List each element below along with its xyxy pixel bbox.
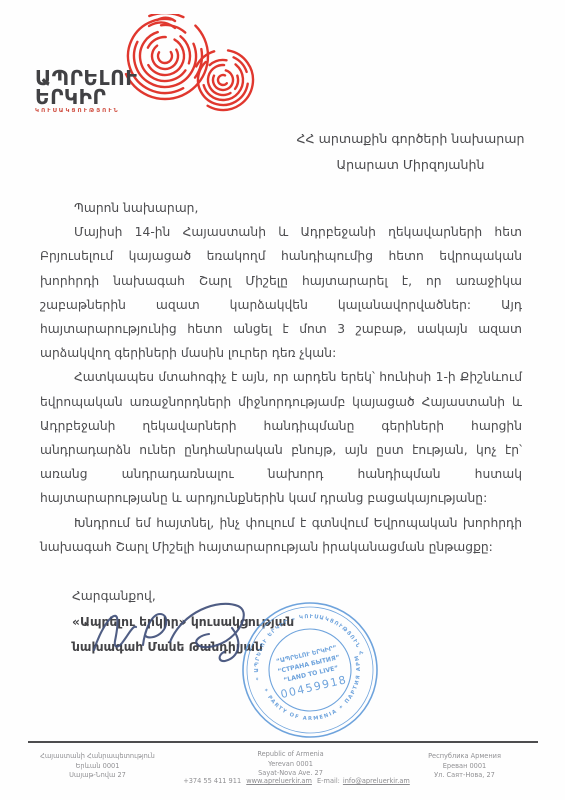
footer-am-line2: Երևան 0001 [30, 762, 165, 772]
official-stamp: « ԱՊՐԵԼՈՒ ԵՐԿԻՐ » ԿՈՒՍԱԿՑՈՒԹՅՈՒՆ ՀԱՅԱՍՏԱ… [236, 596, 384, 744]
footer-website-link[interactable]: www.apreluerkir.am [246, 777, 312, 785]
footer-address-english: Republic of Armenia Yerevan 0001 Sayat-N… [198, 750, 383, 779]
logo-tagline: ԿՈՒՍԱԿՑՈՒԹՅՈՒՆ [35, 109, 137, 115]
footer-phone: +374 55 411 911 [183, 777, 241, 785]
footer-divider [28, 741, 538, 743]
salutation: Պարոն նախարար, [40, 196, 522, 220]
body-paragraph-2: Հատկապես մտահոգիչ է այն, որ արդեն երեկ՝ … [40, 365, 522, 510]
logo-wordmark: ԱՊՐԵԼՈՒ ԵՐԿԻՐ ԿՈՒՍԱԿՑՈՒԹՅՈՒՆ [35, 68, 137, 115]
recipient-name: Արարատ Միրզոյանին [258, 152, 563, 178]
footer-address-armenian: Հայաստանի Հանրապետություն Երևան 0001 Սայ… [30, 752, 165, 781]
recipient-title: ՀՀ արտաքին գործերի նախարար [258, 126, 563, 152]
body-paragraph-1: Մայիսի 14-ին Հայաստանի և Ադրբեջանի ղեկավ… [40, 220, 522, 365]
footer-en-line1: Republic of Armenia [198, 750, 383, 760]
footer-en-line2: Yerevan 0001 [198, 760, 383, 770]
footer-email-link[interactable]: info@apreluerkir.am [343, 777, 410, 785]
body-paragraph-3: Խնդրում եմ հայտնել, ինչ փուլում է գտնվու… [40, 511, 522, 559]
letter-body: Պարոն նախարար, Մայիսի 14-ին Հայաստանի և … [40, 196, 522, 661]
logo-wordmark-line2: ԵՐԿԻՐ [35, 87, 137, 107]
footer-am-line3: Սայաթ-Նովա 27 [30, 771, 165, 781]
recipient-block: ՀՀ արտաքին գործերի նախարար Արարատ Միրզոյ… [258, 126, 563, 178]
footer-am-line1: Հայաստանի Հանրապետություն [30, 752, 165, 762]
footer-email-label: E-mail: [317, 777, 340, 785]
letterhead-logo: ԱՊՐԵԼՈՒ ԵՐԿԻՐ ԿՈՒՍԱԿՑՈՒԹՅՈՒՆ [35, 12, 270, 120]
footer-ru-line2: Ереван 0001 [392, 762, 537, 772]
footer-ru-line1: Республика Армения [392, 752, 537, 762]
footer-contact-line: +374 55 411 911 www.apreluerkir.am E-mai… [155, 777, 435, 785]
signature-graphic [86, 596, 261, 674]
letter-page: ԱՊՐԵԼՈՒ ԵՐԿԻՐ ԿՈՒՍԱԿՑՈՒԹՅՈՒՆ ՀՀ արտաքին … [0, 0, 565, 800]
